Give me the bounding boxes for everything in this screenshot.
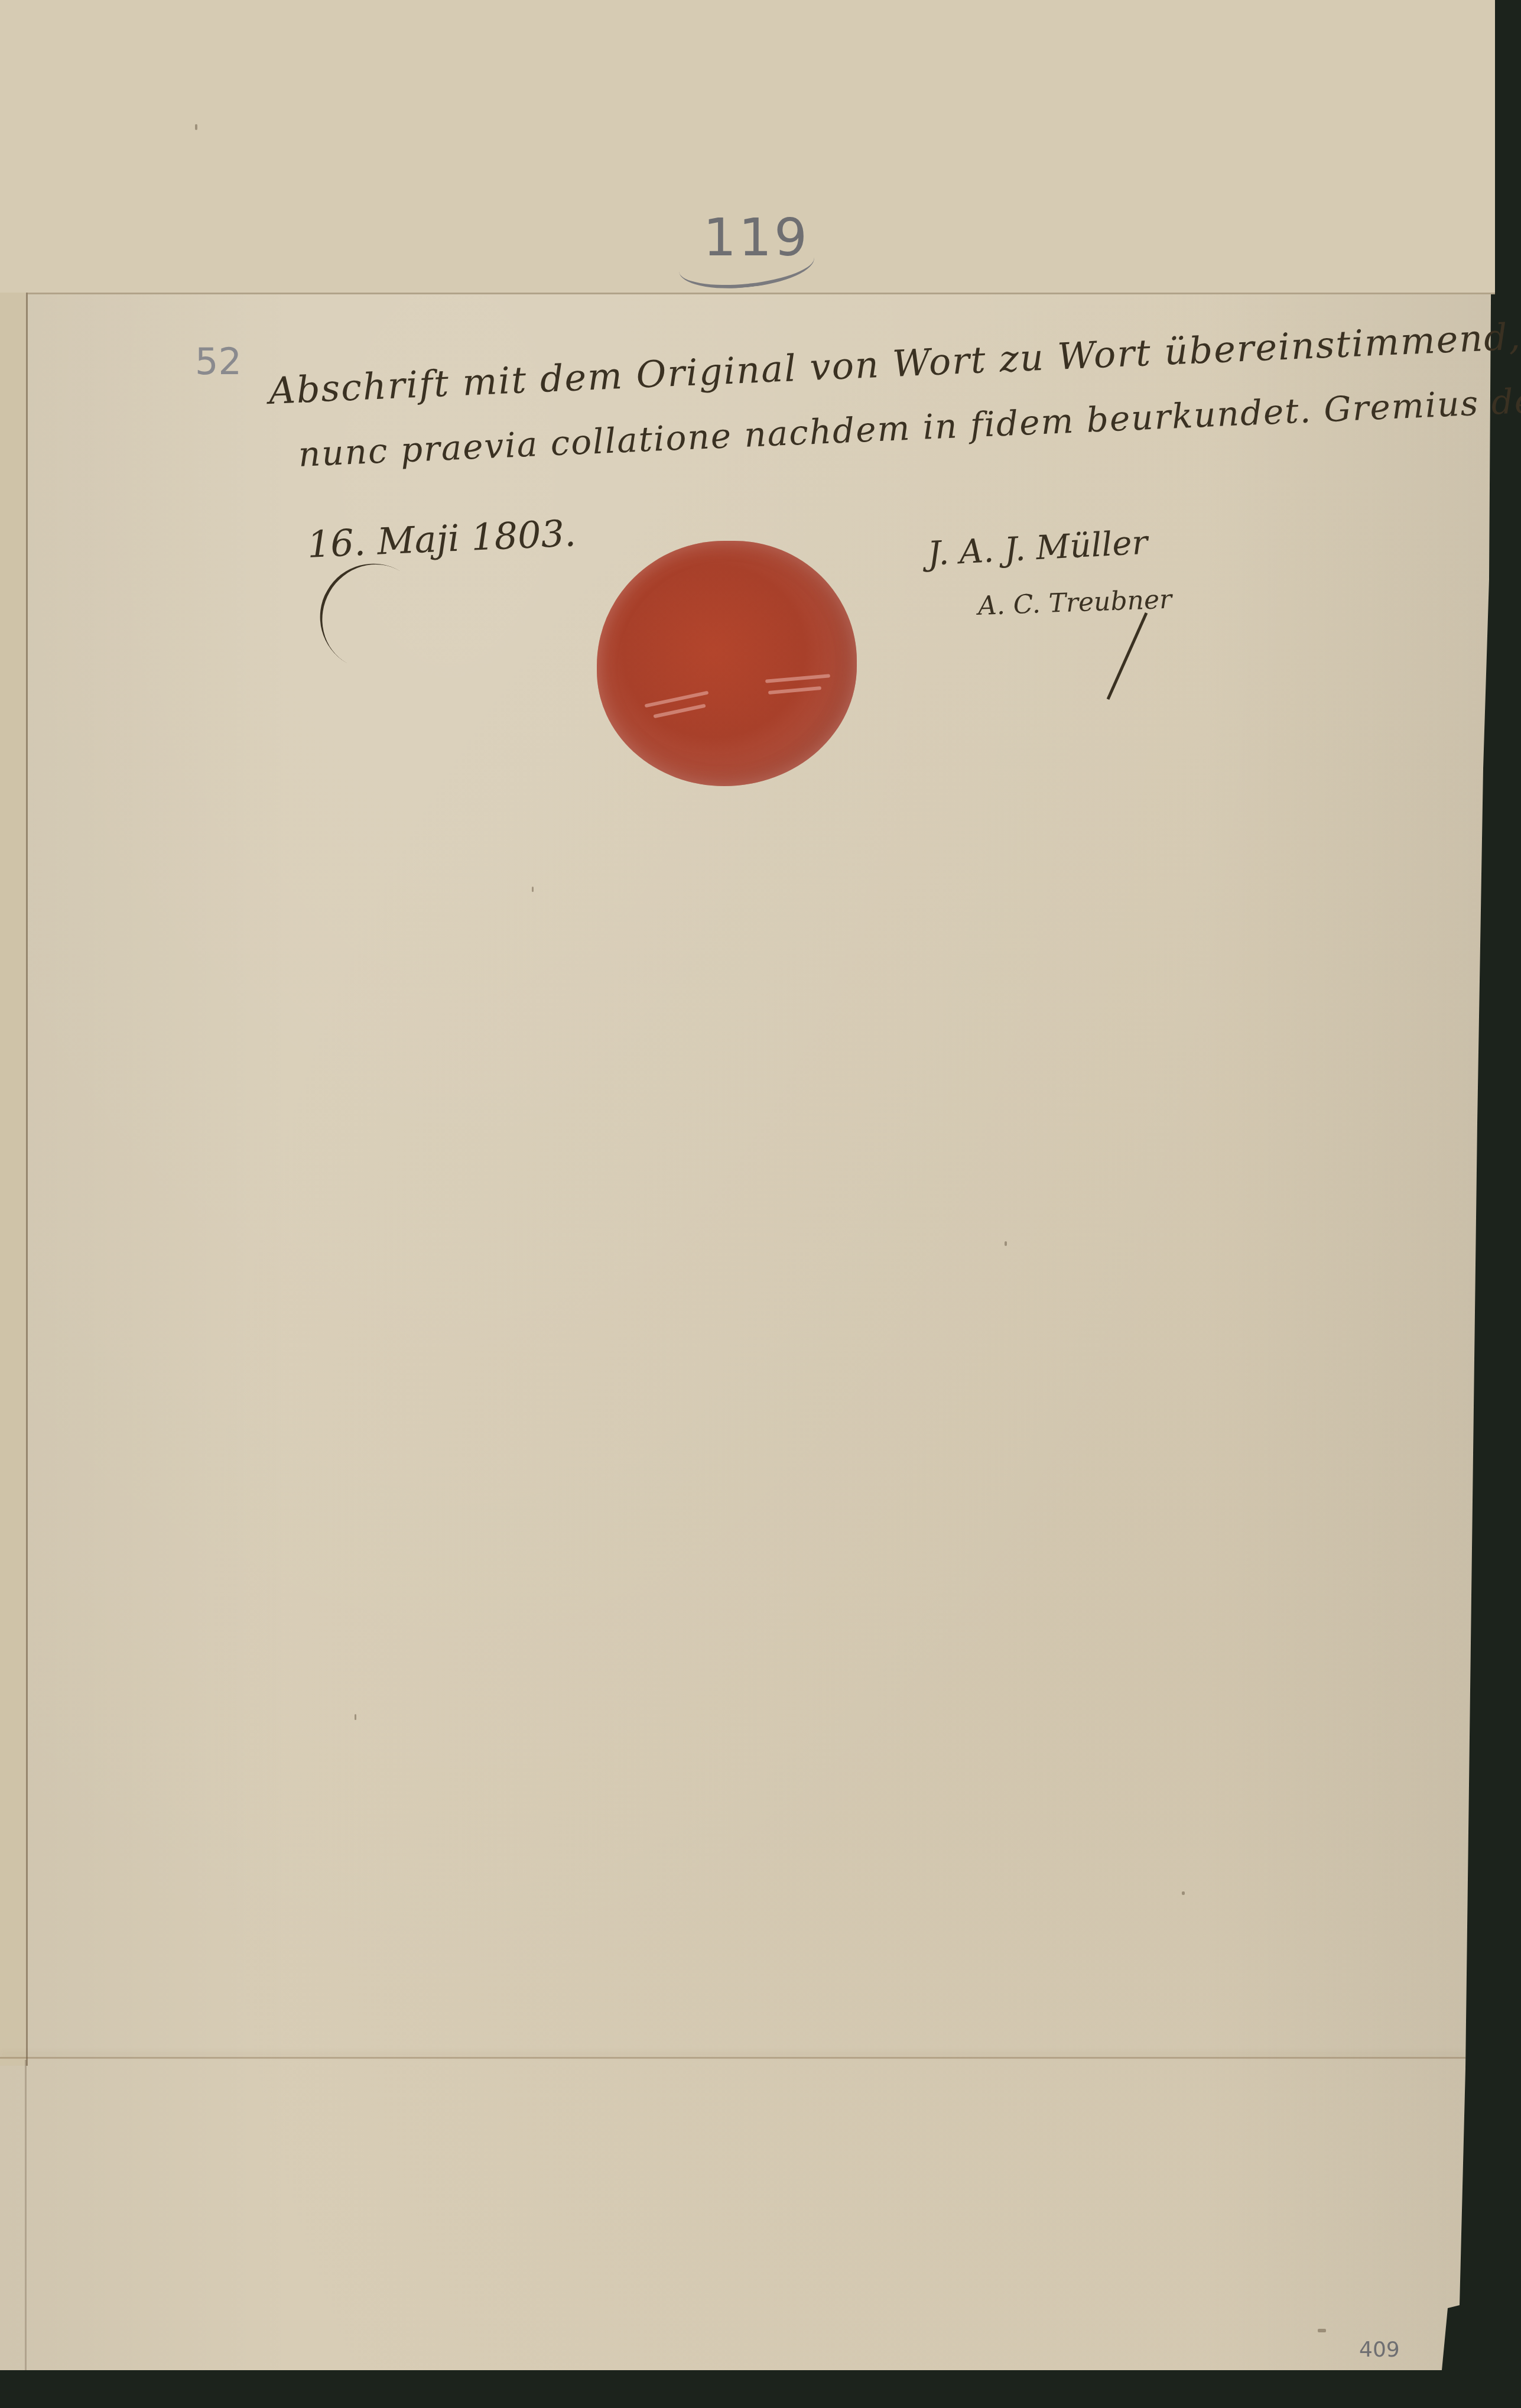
wax-seal [597,541,857,786]
paper-speck [1182,1891,1185,1895]
seal-scratch-mark [653,704,706,719]
paper-speck [355,1714,356,1720]
seal-scratch-mark [768,686,821,695]
margin-number: 52 [195,340,242,383]
paper-speck [532,887,534,892]
paper-speck [195,124,197,130]
bottom-fold-crease [0,2057,1465,2059]
seal-scratch-mark [765,674,830,683]
bottom-left-fold-crease [25,2060,27,2370]
folio-number-bottom: 409 [1359,2338,1400,2362]
paper-speck [1318,2329,1326,2332]
paper-speck [1005,1241,1007,1246]
left-fold-flap [0,293,28,2066]
